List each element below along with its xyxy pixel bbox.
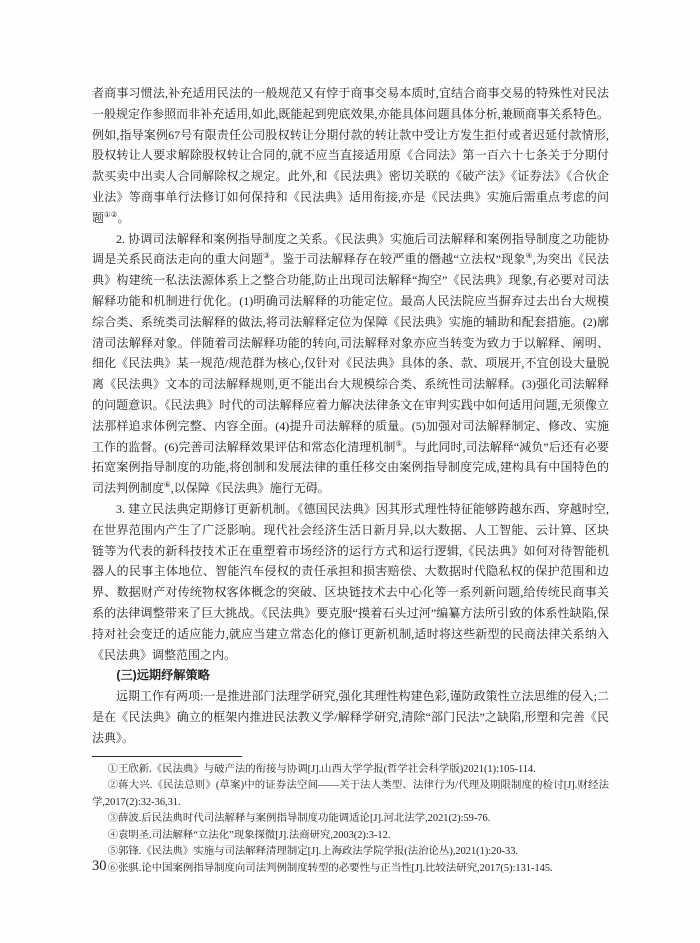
footnote-item: ①王欣新.《民法典》与破产法的衔接与协调[J].山西大学学报(哲学社会科学版)2…: [92, 762, 609, 779]
body-paragraph-1: 者商事习惯法,补充适用民法的一般规范又有悖于商事交易本质时,宜结合商事交易的特殊…: [92, 83, 609, 229]
page-number: 30: [92, 858, 107, 875]
section-heading: (三)远期纾解策略: [92, 665, 609, 686]
text-run: 。鉴于司法解释存在较严重的僭越“立法权”现象: [270, 252, 526, 266]
body-paragraph-2: 2. 协调司法解释和案例指导制度之关系。《民法典》实施后司法解释和案例指导制度之…: [92, 229, 609, 499]
text-run: 远期工作有两项:一是推进部门法理学研究,强化其理性构建色彩,谨防政策性立法思维的…: [92, 689, 609, 745]
document-page: 者商事习惯法,补充适用民法的一般规范又有悖于商事交易本质时,宜结合商事交易的特殊…: [0, 0, 700, 943]
text-run: 。: [117, 211, 129, 225]
footnote-item: ②蒋大兴.《民法总则》(草案)中的证券法空间——关于法人类型、法律行为/代理及期…: [92, 778, 609, 811]
page-body: 者商事习惯法,补充适用民法的一般规范又有悖于商事交易本质时,宜结合商事交易的特殊…: [92, 83, 609, 878]
footnote-separator: [92, 756, 242, 757]
body-paragraph-4: 远期工作有两项:一是推进部门法理学研究,强化其理性构建色彩,谨防政策性立法思维的…: [92, 686, 609, 748]
footnote-ref-marker: ④: [526, 251, 533, 260]
body-paragraph-3: 3. 建立民法典定期修订更新机制。《德国民法典》因其形式理性特征能够跨越东西、穿…: [92, 499, 609, 665]
footnote-ref-marker: ⑥: [164, 480, 171, 489]
footnote-ref-marker: ①②: [104, 210, 117, 219]
footnote-item: ⑤郭锋.《民法典》实施与司法解释清理制定[J].上海政法学院学报(法治论丛),2…: [92, 844, 609, 861]
text-run: 者商事习惯法,补充适用民法的一般规范又有悖于商事交易本质时,宜结合商事交易的特殊…: [92, 86, 609, 225]
text-run: ,为突出《民法典》构建统一私法法源体系上之整合功能,防止出现司法解释“掏空”《民…: [92, 252, 609, 453]
text-run: 3. 建立民法典定期修订更新机制。《德国民法典》因其形式理性特征能够跨越东西、穿…: [92, 502, 609, 662]
text-run: ,以保障《民法典》施行无碍。: [171, 481, 330, 495]
footnote-item: ③薛波.后民法典时代司法解释与案例指导制度功能调适论[J].河北法学,2021(…: [92, 811, 609, 828]
footnote-item: ⑥张骐.论中国案例指导制度向司法判例制度转型的必要性与正当性[J].比较法研究,…: [92, 861, 609, 878]
footnote-item: ④袁明圣.司法解释“立法化”现象探微[J].法商研究,2003(2):3-12.: [92, 828, 609, 845]
footnotes-block: ①王欣新.《民法典》与破产法的衔接与协调[J].山西大学学报(哲学社会科学版)2…: [92, 762, 609, 878]
